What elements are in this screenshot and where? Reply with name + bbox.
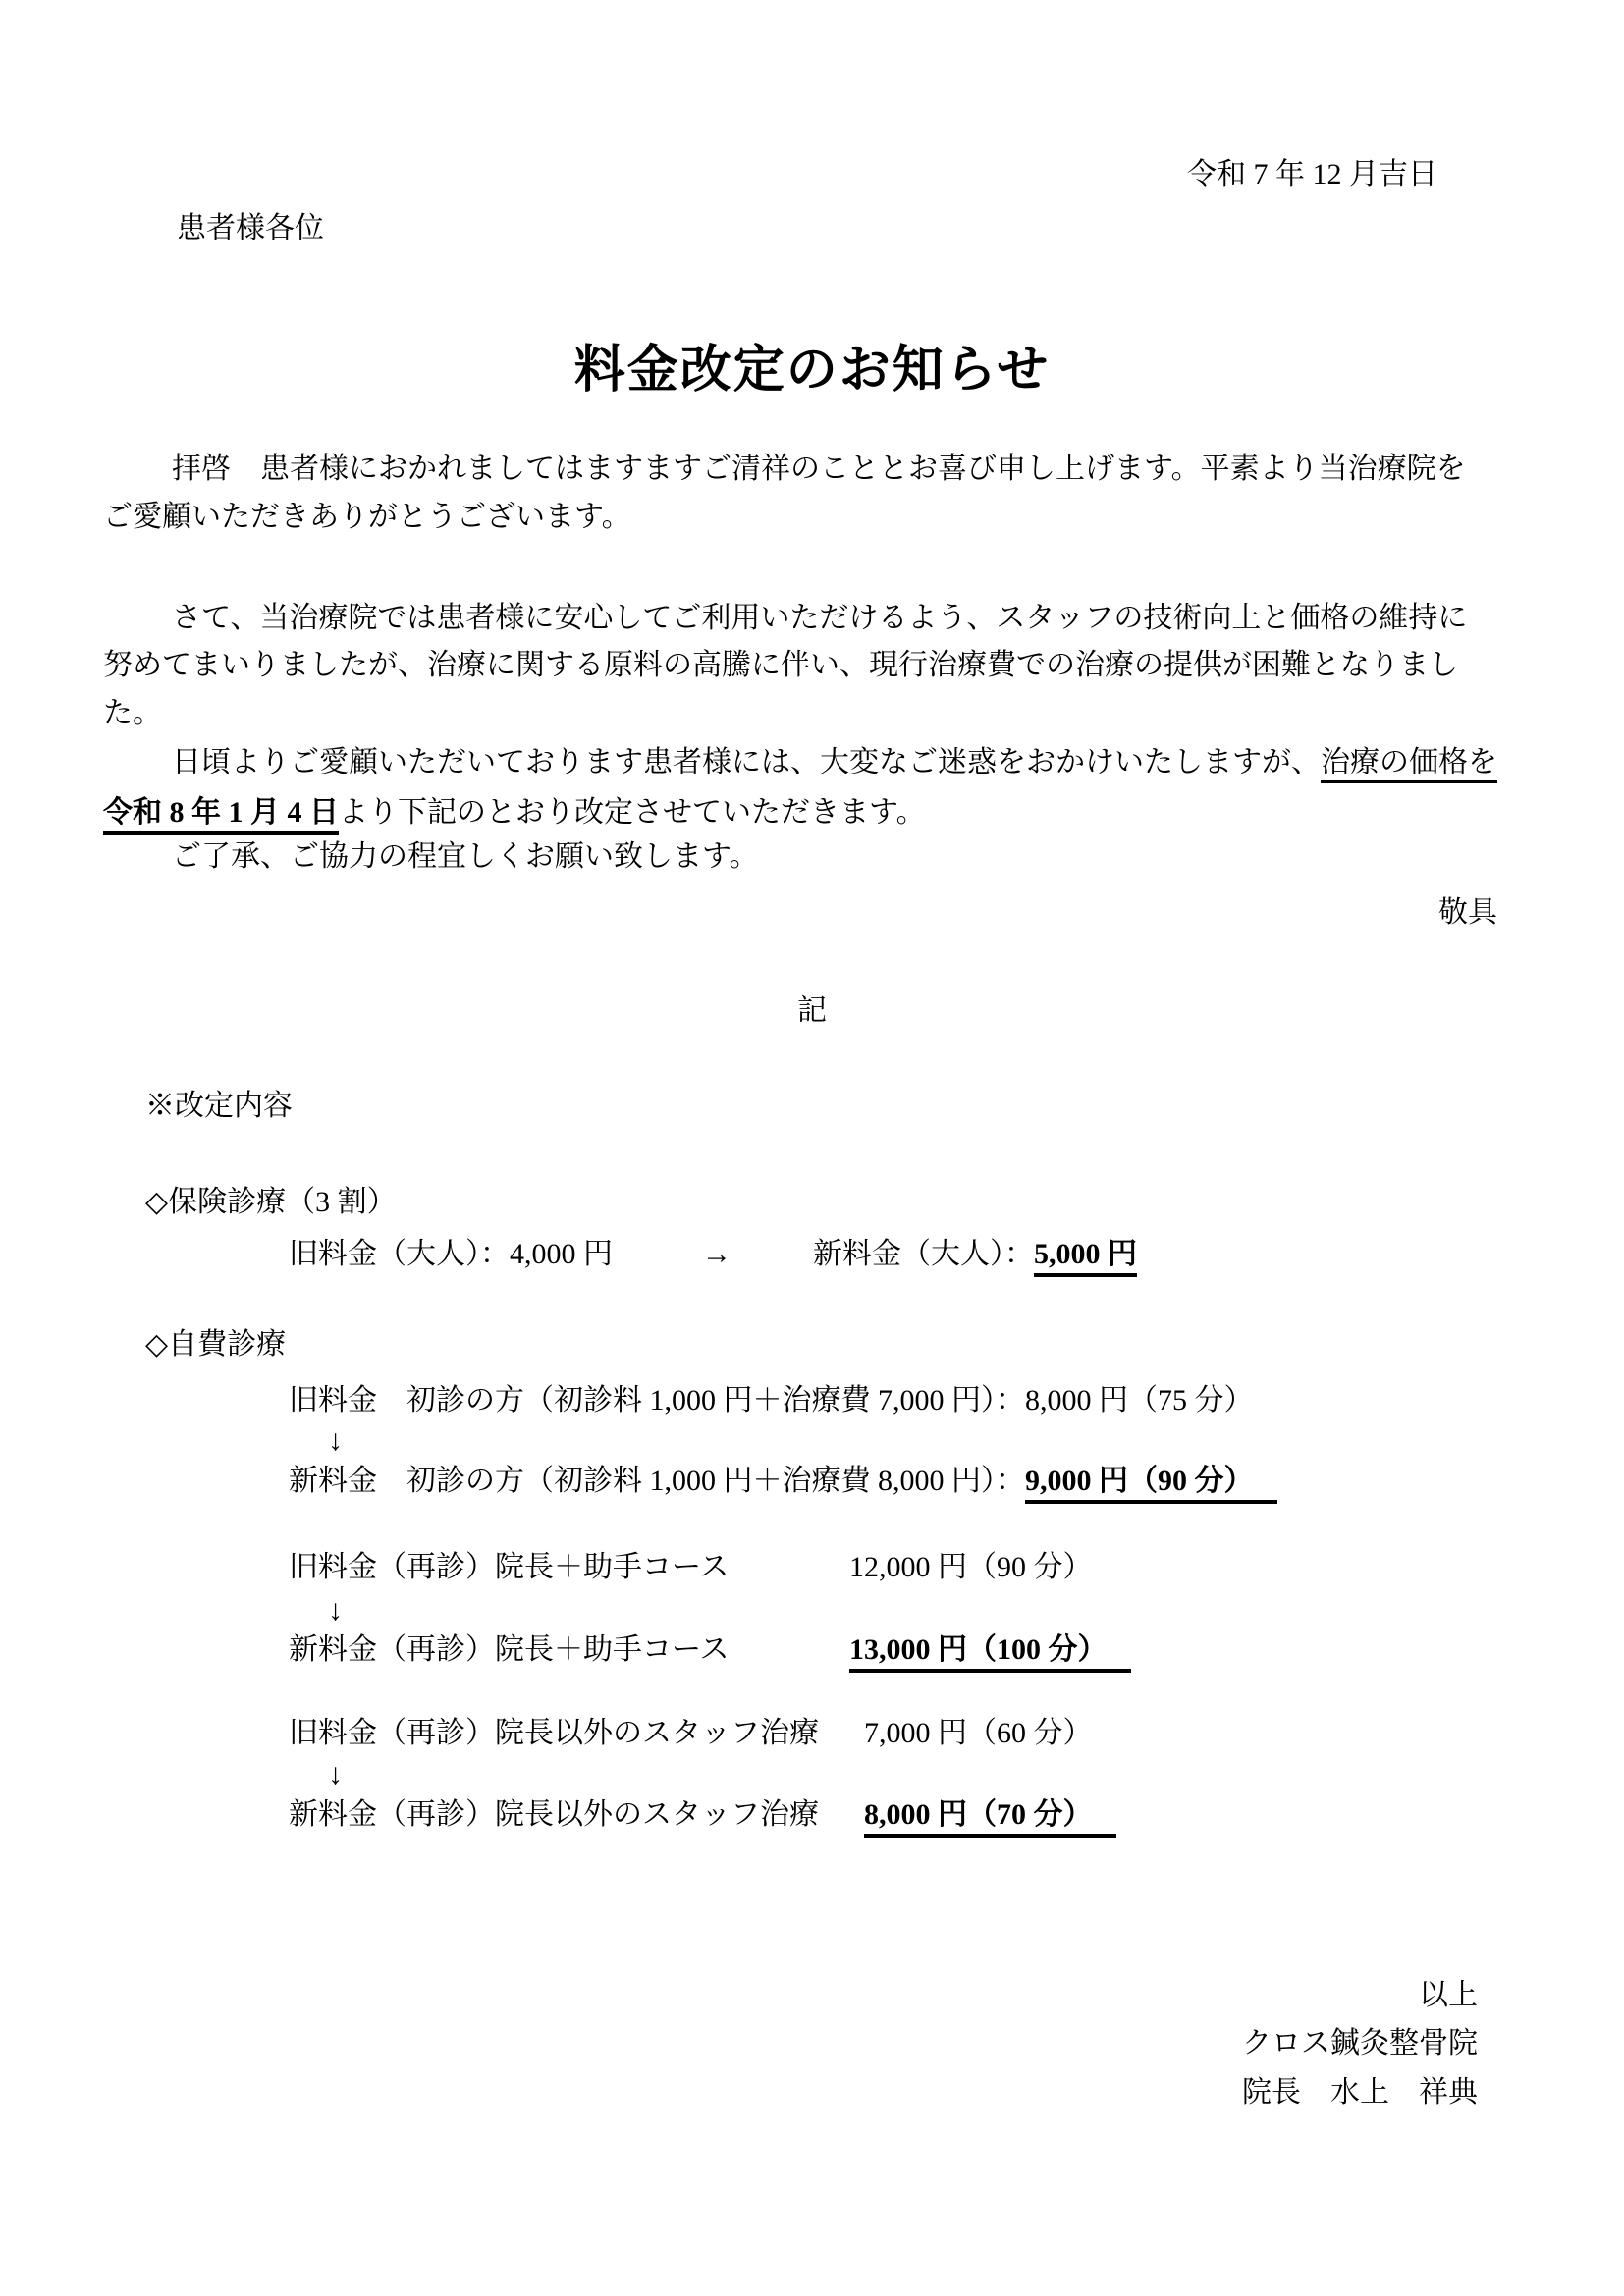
staff-new-price-line: 8,000 円（70 分） — [864, 1790, 1116, 1840]
insurance-new-label: 新料金（大人）： — [813, 1238, 1034, 1270]
announce-line-2: 令和 8 年 1 月 4 日より下記のとおり改定させていただきます。 — [103, 788, 926, 837]
greeting-line-1: 拝啓 患者様におかれましてはますますご清祥のこととお喜び申し上げます。平素より当… — [172, 445, 1466, 494]
notice-title: 料金改定のお知らせ — [0, 337, 1624, 405]
request-line: ご了承、ご協力の程宜しくお願い致します。 — [172, 832, 759, 881]
staff-new-label: 新料金（再診）院長以外のスタッフ治療 — [289, 1790, 819, 1840]
recipient-line: 患者様各位 — [177, 204, 324, 253]
right-arrow: → — [702, 1230, 731, 1279]
effective-date: 令和 8 年 1 月 4 日 — [103, 796, 339, 835]
insurance-new-price: 5,000 円 — [1034, 1238, 1137, 1277]
announce-text: 日頃よりご愛顧いただいております患者様には、大変なご迷惑をおかけいたしますが、 — [172, 746, 1321, 778]
director-new-price-line: 13,000 円（100 分） — [849, 1626, 1131, 1675]
director-old-label: 旧料金（再診）院長＋助手コース — [289, 1543, 730, 1592]
ijou-closing: 以上 — [1419, 1971, 1478, 2020]
ki-marker: 記 — [0, 987, 1624, 1036]
staff-new-price: 8,000 円（70 分） — [864, 1798, 1116, 1838]
insurance-old-price: 旧料金（大人）：4,000 円 — [289, 1230, 613, 1279]
staff-old-label: 旧料金（再診）院長以外のスタッフ治療 — [289, 1709, 819, 1758]
insurance-heading: ◇保険診療（3 割） — [145, 1178, 397, 1227]
firstvisit-new-line: 新料金 初診の方（初診料 1,000 円＋治療費 8,000 円）：9,000 … — [289, 1457, 1277, 1506]
keigu-closing: 敬具 — [1438, 888, 1497, 937]
body-line-2: 努めてまいりましたが、治療に関する原料の高騰に伴い、現行治療費での治療の提供が困… — [103, 641, 1458, 690]
notice-document: 令和 7 年 12 月吉日 患者様各位 料金改定のお知らせ 拝啓 患者様におかれ… — [0, 0, 1624, 2296]
clinic-name: クロス鍼灸整骨院 — [1242, 2019, 1478, 2068]
director-new-price: 13,000 円（100 分） — [849, 1633, 1131, 1673]
firstvisit-old-line: 旧料金 初診の方（初診料 1,000 円＋治療費 7,000 円）：8,000 … — [289, 1376, 1254, 1425]
selfpay-heading: ◇自費診療 — [145, 1320, 286, 1369]
firstvisit-new-pre: 新料金 初診の方（初診料 1,000 円＋治療費 8,000 円）： — [289, 1465, 1025, 1497]
body-line-3: た。 — [103, 689, 162, 738]
director-new-label: 新料金（再診）院長＋助手コース — [289, 1626, 730, 1675]
announce-line-1: 日頃よりご愛顧いただいております患者様には、大変なご迷惑をおかけいたしますが、治… — [172, 738, 1497, 787]
underlined-price-phrase: 治療の価格を — [1321, 746, 1497, 783]
director-name: 院長 水上 祥典 — [1242, 2068, 1478, 2117]
director-old-price: 12,000 円（90 分） — [849, 1543, 1093, 1592]
firstvisit-new-price: 9,000 円（90 分） — [1025, 1465, 1277, 1504]
body-line-1: さて、当治療院では患者様に安心してご利用いただけるよう、スタッフの技術向上と価格… — [172, 594, 1467, 643]
announce-text-2: より下記のとおり改定させていただきます。 — [339, 796, 926, 828]
greeting-line-2: ご愛顧いただきありがとうございます。 — [103, 493, 631, 542]
document-date: 令和 7 年 12 月吉日 — [1187, 150, 1437, 199]
revision-heading: ※改定内容 — [145, 1082, 293, 1131]
staff-old-price: 7,000 円（60 分） — [864, 1709, 1093, 1758]
insurance-new-price-line: 新料金（大人）：5,000 円 — [813, 1230, 1137, 1279]
